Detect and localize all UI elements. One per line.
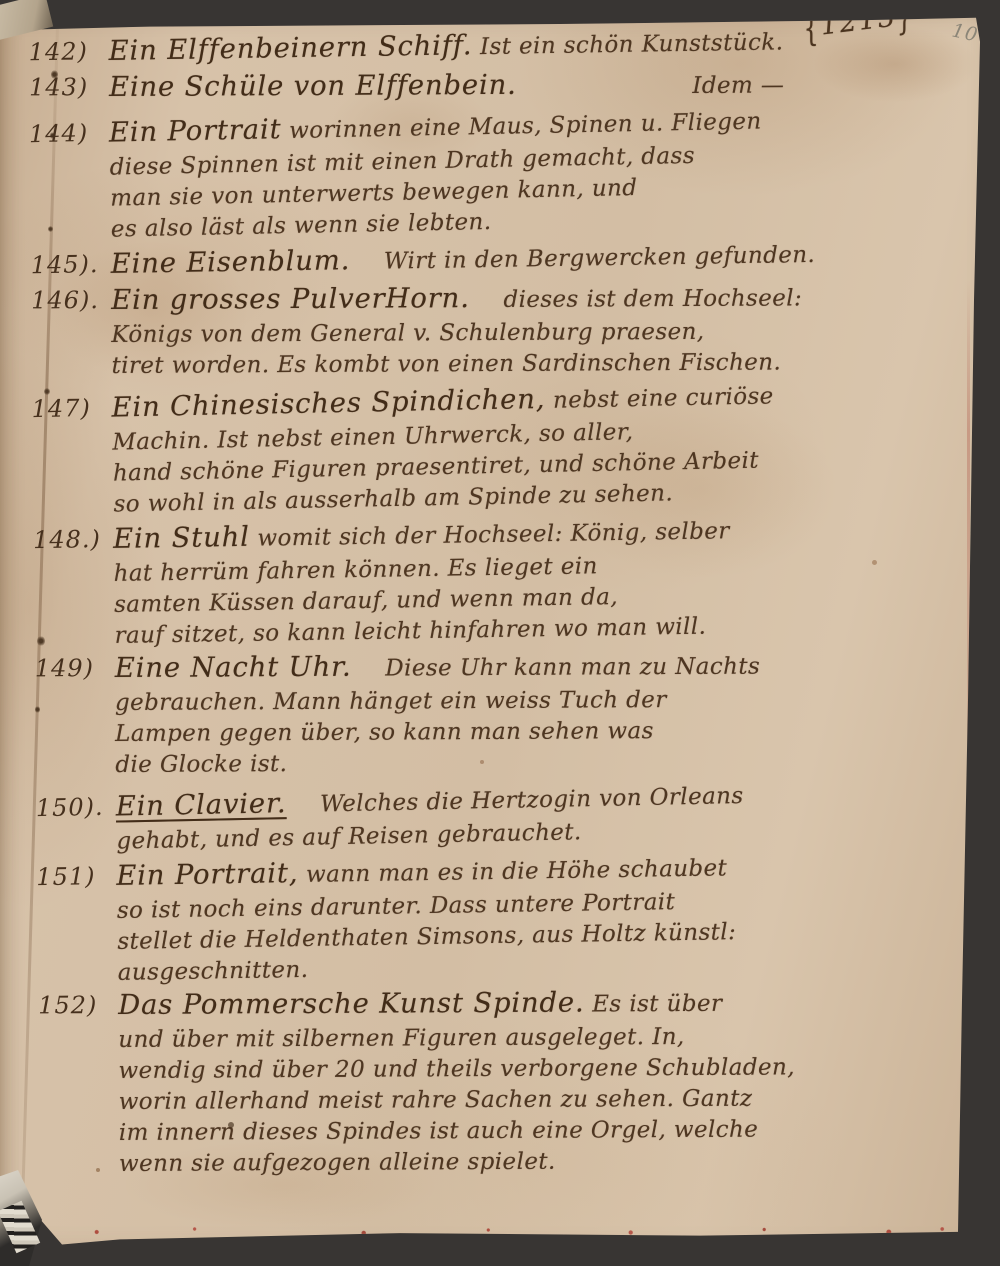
entry-line: worin allerhand meist rahre Sachen zu se… (119, 1083, 953, 1118)
entry-body: Eine Nacht Uhr. Diese Uhr kann man zu Na… (115, 647, 950, 781)
entry-title: Ein Portrait (109, 113, 282, 148)
entry-text: womit sich der Hochseel: König, selber (257, 518, 730, 551)
inventory-entries: 142) Ein Elffenbeinern Schiff. Ist ein s… (28, 24, 953, 1186)
entry-line: Ein Elffenbeinern Schiff. Ist ein schön … (108, 21, 942, 71)
entry-text: Wirt in den Bergwercken gefunden. (384, 242, 816, 275)
entry-line: Königs von dem General v. Schulenburg pr… (111, 316, 945, 351)
entry-body: Ein Elffenbeinern Schiff. Ist ein schön … (108, 21, 942, 71)
entry-line: und über mit silbernen Figuren ausgelege… (118, 1021, 952, 1056)
entry-title: Eine Nacht Uhr. (115, 651, 352, 684)
entry-number: 150). (35, 790, 116, 860)
entry-line: gebrauchen. Mann hänget ein weiss Tuch d… (115, 684, 949, 719)
entry-number: 145). (30, 247, 111, 285)
entry-body: Ein Stuhl womit sich der Hochseel: König… (113, 509, 949, 652)
entry-number: 151) (36, 859, 118, 990)
entry-body: Ein Chinesisches Spindichen, nebst eine … (111, 374, 947, 521)
entry-150: 150). Ein Clavier. Welches die Hertzogin… (35, 773, 950, 859)
entry-title: Ein grosses PulverHorn. (111, 282, 470, 316)
entry-147: 147) Ein Chinesisches Spindichen, nebst … (31, 374, 947, 522)
entry-body: Ein Clavier. Welches die Hertzogin von O… (115, 773, 950, 858)
entry-title: Eine Schüle von Elffenbein. (109, 69, 517, 103)
entry-text: Ist ein schön Kunststück. (480, 29, 784, 60)
entry-line: Das Pommersche Kunst Spinde. Es ist über (118, 984, 952, 1025)
entry-line: im innern dieses Spindes ist auch eine O… (119, 1114, 953, 1149)
entry-144: 144) Ein Portrait worinnen eine Maus, Sp… (29, 99, 945, 247)
entry-152: 152) Das Pommersche Kunst Spinde. Es ist… (38, 984, 953, 1181)
entry-text: Es ist über (592, 991, 722, 1018)
folio-number-pencil: 10 (950, 20, 980, 47)
entry-line: Ein grosses PulverHorn. dieses ist dem H… (111, 279, 945, 320)
entry-line: Eine Nacht Uhr. Diese Uhr kann man zu Na… (115, 647, 949, 688)
entry-line: wenn sie aufgezogen alleine spielet. (119, 1145, 953, 1180)
entry-title: Ein Chinesisches Spindichen, (111, 383, 545, 424)
entry-146: 146). Ein grosses PulverHorn. dieses ist… (31, 279, 946, 383)
entry-text: Diese Uhr kann man zu Nachts (385, 654, 760, 682)
entry-line: Lampen gegen über, so kann man sehen was (115, 715, 949, 750)
entry-text: Idem — (692, 72, 784, 98)
entry-body: Ein Portrait worinnen eine Maus, Spinen … (109, 99, 945, 246)
entry-title: Ein Stuhl (113, 521, 250, 555)
entry-148: 148.) Ein Stuhl womit sich der Hochseel:… (33, 509, 949, 653)
entry-number: 143) (29, 70, 109, 107)
entry-142: 142) Ein Elffenbeinern Schiff. Ist ein s… (28, 21, 942, 72)
entry-text: worinnen eine Maus, Spinen u. Fliegen (289, 108, 762, 143)
manuscript-page: {1213} 10 142) Ein Elffenbeinern Schiff.… (0, 0, 1000, 1266)
entry-number: 148.) (33, 522, 115, 653)
entry-text: nebst eine curiöse (553, 383, 774, 413)
entry-number: 146). (31, 283, 112, 382)
entry-151: 151) Ein Portrait, wann man es in die Hö… (36, 846, 952, 990)
entry-line: wendig sind über 20 und theils verborgen… (118, 1052, 952, 1087)
entry-text: wann man es in die Höhe schaubet (306, 855, 728, 888)
entry-title: Eine Eisenblum. (110, 244, 350, 280)
red-edge-speckles (70, 1226, 960, 1236)
entry-number: 152) (38, 988, 119, 1180)
entry-number: 142) (28, 34, 109, 72)
red-edge-tint (967, 280, 970, 1040)
entry-title: Ein Elffenbeinern Schiff. (108, 29, 472, 67)
entry-body: Ein grosses PulverHorn. dieses ist dem H… (111, 279, 946, 382)
entry-number: 149) (35, 651, 116, 781)
entry-text: Welches die Hertzogin von Orleans (320, 783, 744, 817)
entry-149: 149) Eine Nacht Uhr. Diese Uhr kann man … (35, 647, 950, 782)
entry-title: Das Pommersche Kunst Spinde. (118, 987, 584, 1021)
entry-number: 147) (31, 391, 114, 523)
entry-title: Ein Clavier. (115, 787, 286, 822)
entry-number: 144) (29, 116, 112, 248)
entry-body: Ein Portrait, wann man es in die Höhe sc… (116, 846, 952, 989)
entry-body: Das Pommersche Kunst Spinde. Es ist über… (118, 984, 953, 1180)
entry-text: dieses ist dem Hochseel: (503, 285, 802, 313)
entry-title: Ein Portrait, (116, 857, 298, 892)
